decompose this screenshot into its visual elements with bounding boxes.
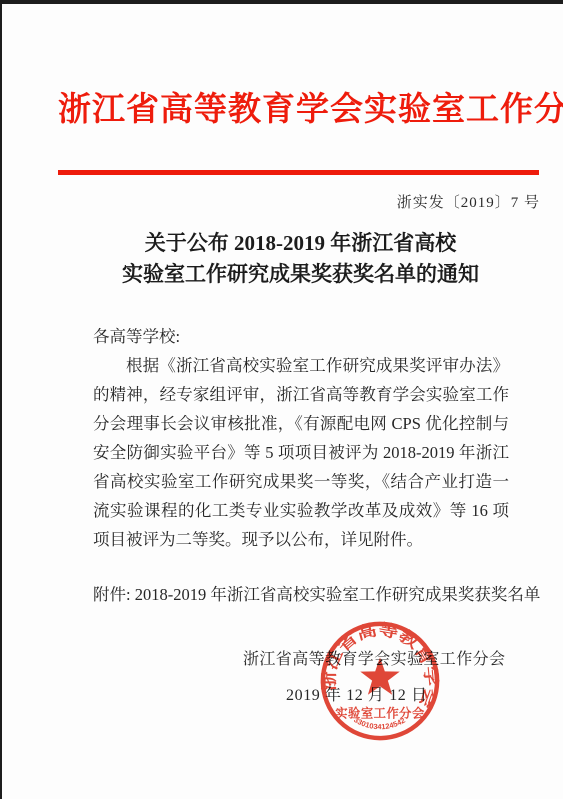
scan-edge-top	[0, 0, 563, 4]
signature-date: 2019 年 12 月 12 日	[286, 682, 428, 705]
scan-edge-left	[0, 0, 2, 799]
document-body: 各高等学校: 根据《浙江省高校实验室工作研究成果奖评审办法》的精神，经专家组评审…	[93, 322, 509, 554]
official-red-seal: 浙江省高等教育学会 实验室工作分会 3301034124542	[316, 617, 444, 745]
document-reference-number: 浙实发〔2019〕7 号	[397, 191, 540, 212]
scanned-official-document: 浙江省高等教育学会实验室工作分会 浙实发〔2019〕7 号 关于公布 2018-…	[0, 0, 563, 799]
document-title-line1: 关于公布 2018-2019 年浙江省高校	[93, 228, 508, 259]
seal-graphic: 浙江省高等教育学会 实验室工作分会 3301034124542	[316, 617, 444, 745]
signature-organization: 浙江省高等教育学会实验室工作分会	[243, 646, 505, 669]
seal-serial-number: 3301034124542	[352, 715, 407, 731]
body-paragraph: 根据《浙江省高校实验室工作研究成果奖评审办法》的精神，经专家组评审，浙江省高等教…	[93, 351, 509, 554]
attachment-line: 附件: 2018-2019 年浙江省高校实验室工作研究成果奖获奖名单	[93, 582, 543, 608]
salutation: 各高等学校:	[93, 322, 509, 351]
document-title-line2: 实验室工作研究成果奖获奖名单的通知	[93, 259, 508, 290]
letterhead-organization-title: 浙江省高等教育学会实验室工作分会	[58, 88, 542, 130]
seal-branch-text: 实验室工作分会	[335, 705, 425, 720]
red-separator-rule	[58, 170, 539, 175]
document-title: 关于公布 2018-2019 年浙江省高校 实验室工作研究成果奖获奖名单的通知	[93, 228, 508, 290]
seal-outer-ring	[323, 624, 437, 738]
